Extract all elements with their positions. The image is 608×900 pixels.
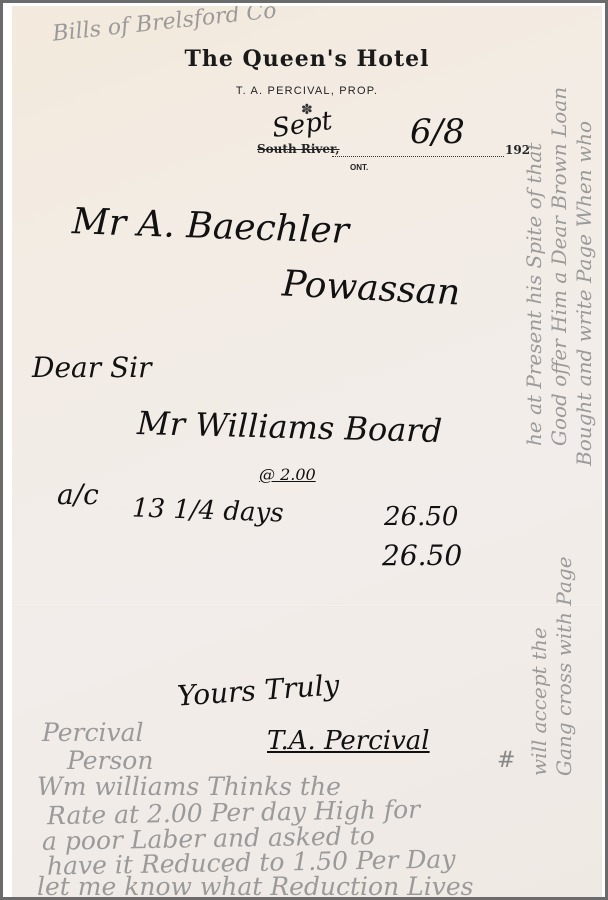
letter-page: The Queen's Hotel T. A. PERCIVAL, PROP. … (12, 6, 602, 897)
proprietor-line: T. A. PERCIVAL, PROP. (12, 85, 602, 97)
subject-line: Mr Williams Board (137, 404, 443, 450)
margin-note: Good offer Him a Dear Brown Loan (547, 87, 571, 446)
province-label: ONT. (350, 163, 368, 172)
item-amount: 26.50 (384, 502, 458, 532)
scan-frame: The Queen's Hotel T. A. PERCIVAL, PROP. … (0, 0, 608, 900)
item-description: 13 1/4 days (132, 493, 285, 528)
margin-note: Bought and write Page When who (572, 121, 596, 466)
account-label: a/c (57, 478, 99, 511)
hotel-name: The Queen's Hotel (12, 46, 602, 72)
margin-note: will accept the (527, 627, 551, 776)
closing: Yours Truly (176, 668, 340, 712)
total-amount: 26.50 (382, 539, 462, 572)
pencil-top-scribble: Bills of Brelsford Co (51, 6, 277, 47)
daily-rate: @ 2.00 (259, 465, 316, 484)
signature: T.A. Percival (267, 726, 430, 756)
pencil-hash-mark-icon: # (497, 748, 515, 773)
salutation: Dear Sir (32, 351, 152, 384)
addressee-town: Powassan (281, 263, 461, 313)
handwritten-month: Sept (270, 106, 334, 144)
date-line (332, 156, 504, 157)
scan-border: The Queen's Hotel T. A. PERCIVAL, PROP. … (3, 3, 605, 897)
printed-place-struck: South River, (257, 142, 340, 156)
margin-note: he at Present his Spite of that (522, 143, 546, 446)
pencil-note-line: Person (67, 746, 153, 775)
pencil-note-line: Percival (42, 718, 143, 747)
handwritten-date: 6/8 (410, 112, 465, 152)
addressee: Mr A. Baechler (71, 201, 349, 252)
pencil-note-line: let me know what Reduction Lives (37, 872, 474, 897)
fold-line (12, 605, 602, 607)
margin-note: Gang cross with Page (552, 556, 576, 776)
